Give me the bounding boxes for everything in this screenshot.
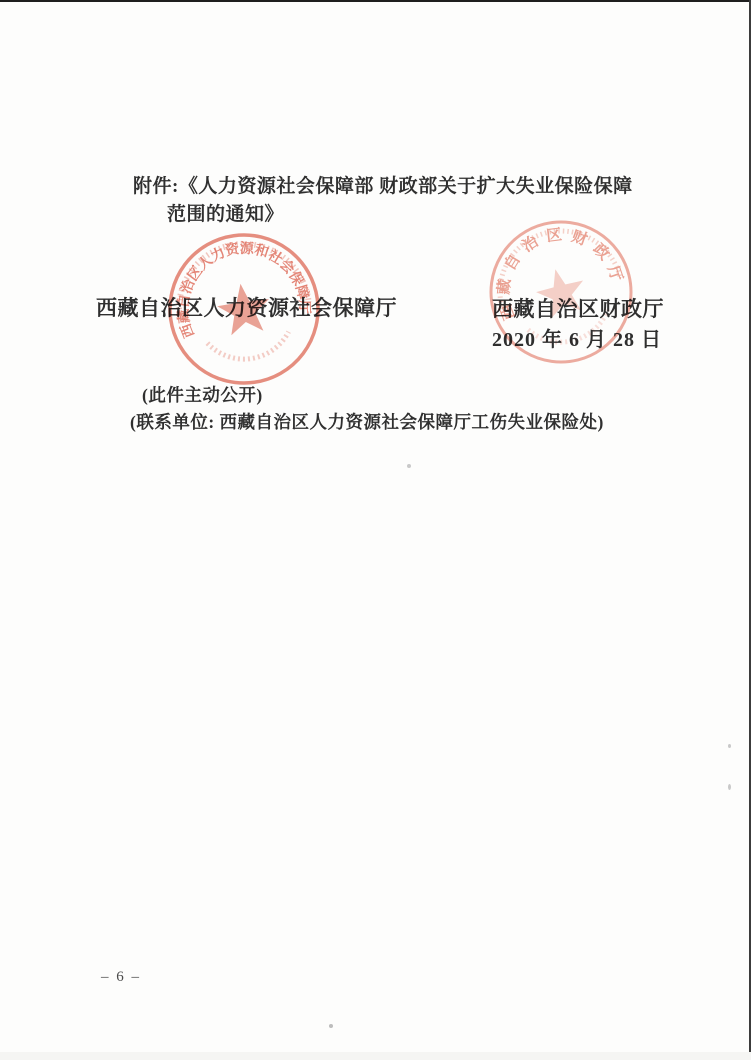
scan-speck: [329, 1024, 333, 1028]
seal-bottom-script-arc: [207, 332, 291, 365]
scan-speck: [728, 784, 731, 790]
scan-edge-top: [0, 0, 751, 2]
signature-date: 2020 年 6 月 28 日: [492, 323, 662, 352]
hr-seal-arc-text: 西藏自治区人力资源和社会保障厅: [166, 231, 316, 341]
scan-speck: [728, 744, 731, 748]
scan-edge-bottom: [0, 1052, 751, 1060]
right-signature-org: 西藏自治区财政厅: [492, 293, 664, 323]
disclosure-note: (此件主动公开): [142, 382, 263, 407]
attachment-line-2: 范围的通知》: [167, 199, 284, 226]
attachment-line-1: 附件:《人力资源社会保障部 财政部关于扩大失业保险保障: [133, 171, 633, 198]
contact-note: (联系单位: 西藏自治区人力资源社会保障厅工伤失业保险处): [130, 409, 604, 434]
left-signature-org: 西藏自治区人力资源社会保障厅: [96, 292, 397, 322]
page-number: – 6 –: [101, 969, 141, 986]
document-page: 附件:《人力资源社会保障部 财政部关于扩大失业保险保障 范围的通知》 西藏自治区…: [0, 0, 751, 1060]
scan-speck: [407, 464, 411, 468]
svg-text:西藏自治区人力资源和社会保障厅: 西藏自治区人力资源和社会保障厅: [166, 231, 316, 341]
